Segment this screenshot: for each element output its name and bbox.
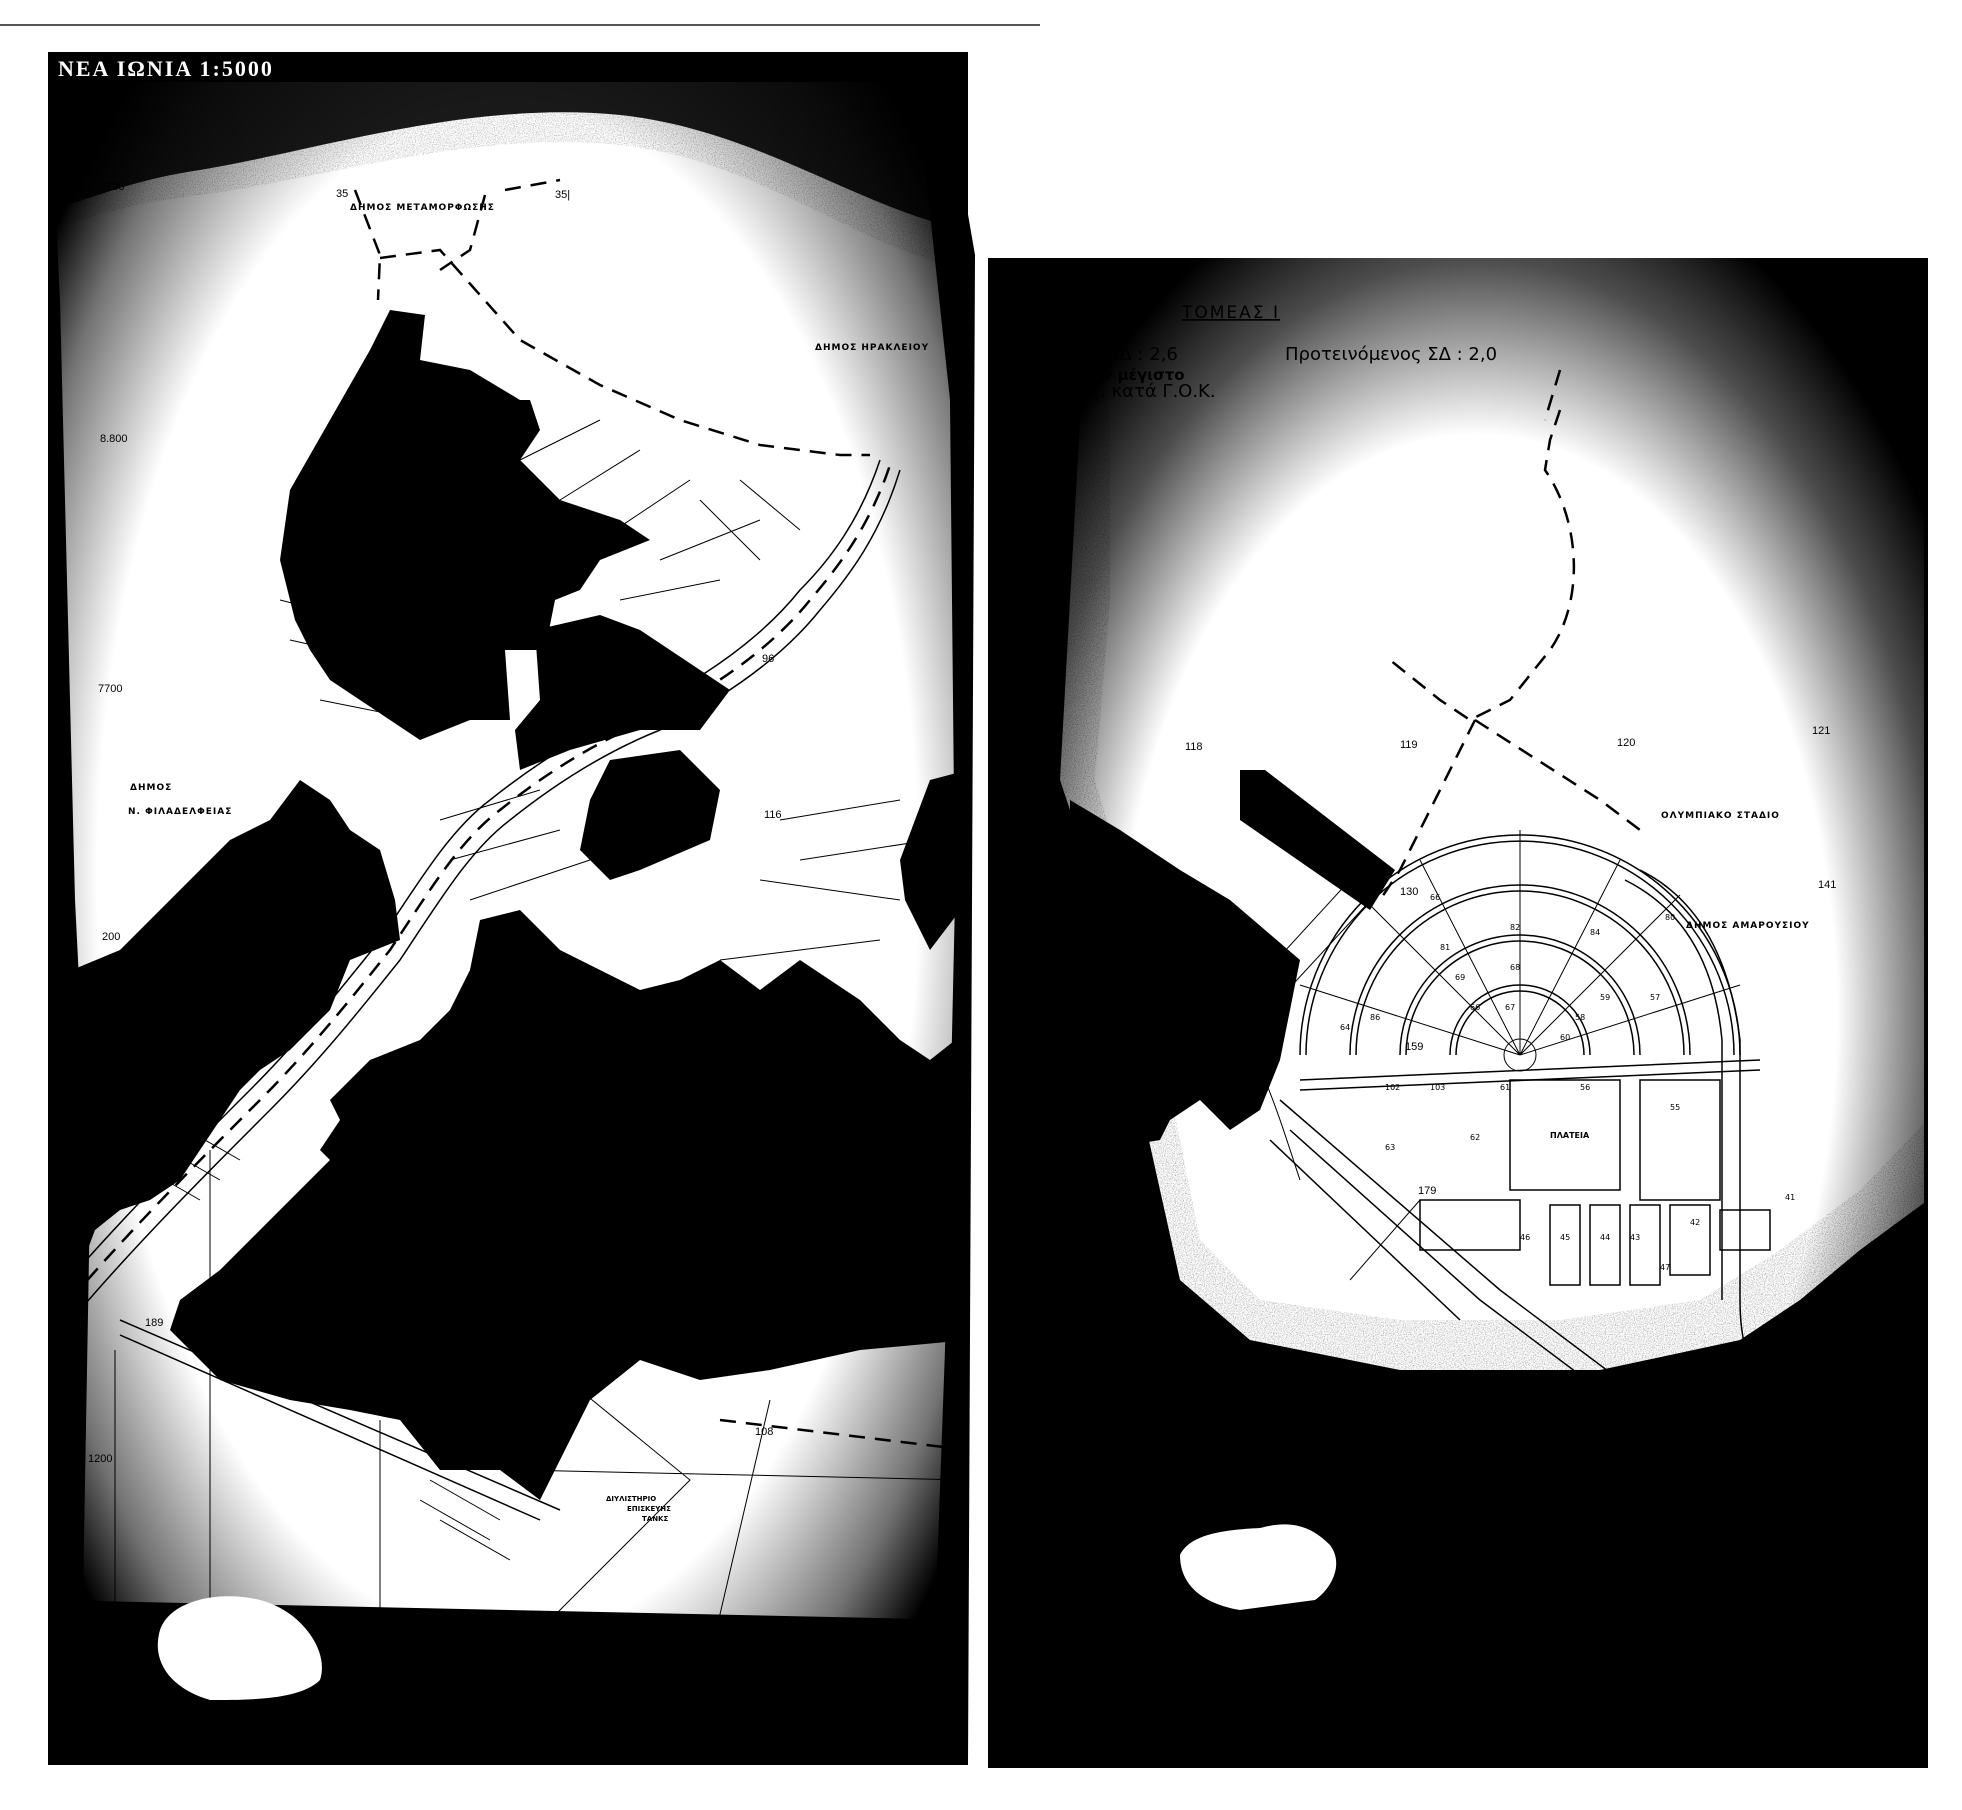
grid-label-119: 119 (1400, 739, 1418, 751)
grid-label-108: 108 (755, 1426, 773, 1438)
block-number: 45 (1560, 1233, 1570, 1242)
block-number: 66 (1430, 893, 1440, 902)
block-number: 103 (1430, 1083, 1445, 1092)
block-number: 82 (1510, 923, 1520, 932)
legend-coverage: ...ς: κατά Γ.Ο.Κ. (1072, 381, 1216, 402)
block-number: 55 (1670, 1103, 1680, 1112)
block-number: 66 (1470, 1003, 1480, 1012)
block-number: 59 (1600, 993, 1610, 1002)
legend-current-sd: ΣΔ : 2,6 (1108, 344, 1178, 365)
left-title: ΝΕΑ ΙΩΝΙΑ 1:5000 (58, 56, 274, 81)
grid-label-120: 120 (1617, 737, 1635, 749)
label-olympic-stadium: ΟΛΥΜΠΙΑΚΟ ΣΤΑΔΙΟ (1661, 811, 1780, 821)
grid-label-130: 130 (1400, 886, 1418, 898)
label-dimos-filadelfeias-2: Ν. ΦΙΛΑΔΕΛΦΕΙΑΣ (128, 807, 232, 817)
block-number: 47 (1660, 1263, 1670, 1272)
grid-label-8800: 8.800 (100, 433, 128, 445)
block-number: 46 (1520, 1233, 1530, 1242)
legend-proposed-sd: Προτεινόμενος ΣΔ : 2,0 (1285, 344, 1497, 365)
block-number: 62 (1470, 1133, 1480, 1142)
label-depot-1: ΔΙΥΛΙΣΤΗΡΙΟ (606, 1495, 656, 1503)
grid-label-35a: 35 (336, 188, 348, 200)
block-number: 42 (1690, 1218, 1700, 1227)
grid-label-7700: 7700 (98, 683, 122, 695)
label-dimos-irakleiou: ΔΗΜΟΣ ΗΡΑΚΛΕΙΟΥ (815, 343, 929, 353)
block-number: 44 (1600, 1233, 1610, 1242)
label-dimos-amarousiou: ΔΗΜΟΣ ΑΜΑΡΟΥΣΙΟΥ (1686, 921, 1810, 931)
grid-label-35b: 35| (555, 189, 570, 201)
block-number: 56 (1580, 1083, 1590, 1092)
grid-label-8700: 8700 (100, 181, 124, 193)
block-number: 60 (1560, 1033, 1570, 1042)
sector-title: ΤΟΜΕΑΣ I (1181, 303, 1280, 323)
grid-label-118: 118 (1185, 741, 1203, 753)
block-number: 41 (1785, 1193, 1795, 1202)
grid-label-189: 189 (145, 1317, 163, 1329)
block-number: 68 (1510, 963, 1520, 972)
block-number: 64 (1340, 1023, 1350, 1032)
grid-label-200: 200 (102, 931, 120, 943)
grid-label-159: 159 (1405, 1041, 1423, 1053)
block-number: 43 (1630, 1233, 1640, 1242)
label-dimos-metamorfosis: ΔΗΜΟΣ ΜΕΤΑΜΟΡΦΩΣΗΣ (350, 203, 495, 213)
block-number: 67 (1505, 1003, 1515, 1012)
block-number: 69 (1455, 973, 1465, 982)
block-number: 61 (1500, 1083, 1510, 1092)
block-number: 58 (1575, 1013, 1585, 1022)
label-depot-2: ΕΠΙΣΚΕΥΗΣ (627, 1505, 671, 1513)
grid-label-121: 121 (1812, 725, 1830, 737)
block-number: 86 (1370, 1013, 1380, 1022)
label-dimos-filadelfeias-1: ΔΗΜΟΣ (130, 783, 172, 793)
map-canvas: ΝΕΑ ΙΩΝΙΑ 1:5000 (0, 0, 1962, 1810)
label-plateia: ΠΛΑΤΕΙΑ (1550, 1131, 1590, 1140)
block-number: 57 (1650, 993, 1660, 1002)
grid-label-96: 96 (762, 653, 774, 665)
block-number: 84 (1590, 928, 1600, 937)
block-number: 102 (1385, 1083, 1400, 1092)
grid-label-116: 116 (764, 809, 782, 821)
grid-label-1200: 1200 (88, 1453, 112, 1465)
block-number: 63 (1385, 1143, 1395, 1152)
grid-label-141: 141 (1818, 879, 1836, 891)
left-sheet: ΝΕΑ ΙΩΝΙΑ 1:5000 (48, 52, 975, 1765)
block-number: 81 (1440, 943, 1450, 952)
label-depot-3: ΤΑΝΚΣ (642, 1515, 668, 1523)
right-sheet: ΤΟΜΕΑΣ I ΣΔ : 2,6 Προτεινόμενος ΣΔ : 2,0… (988, 258, 1928, 1768)
grid-label-179: 179 (1418, 1185, 1436, 1197)
block-number: 80 (1665, 913, 1675, 922)
